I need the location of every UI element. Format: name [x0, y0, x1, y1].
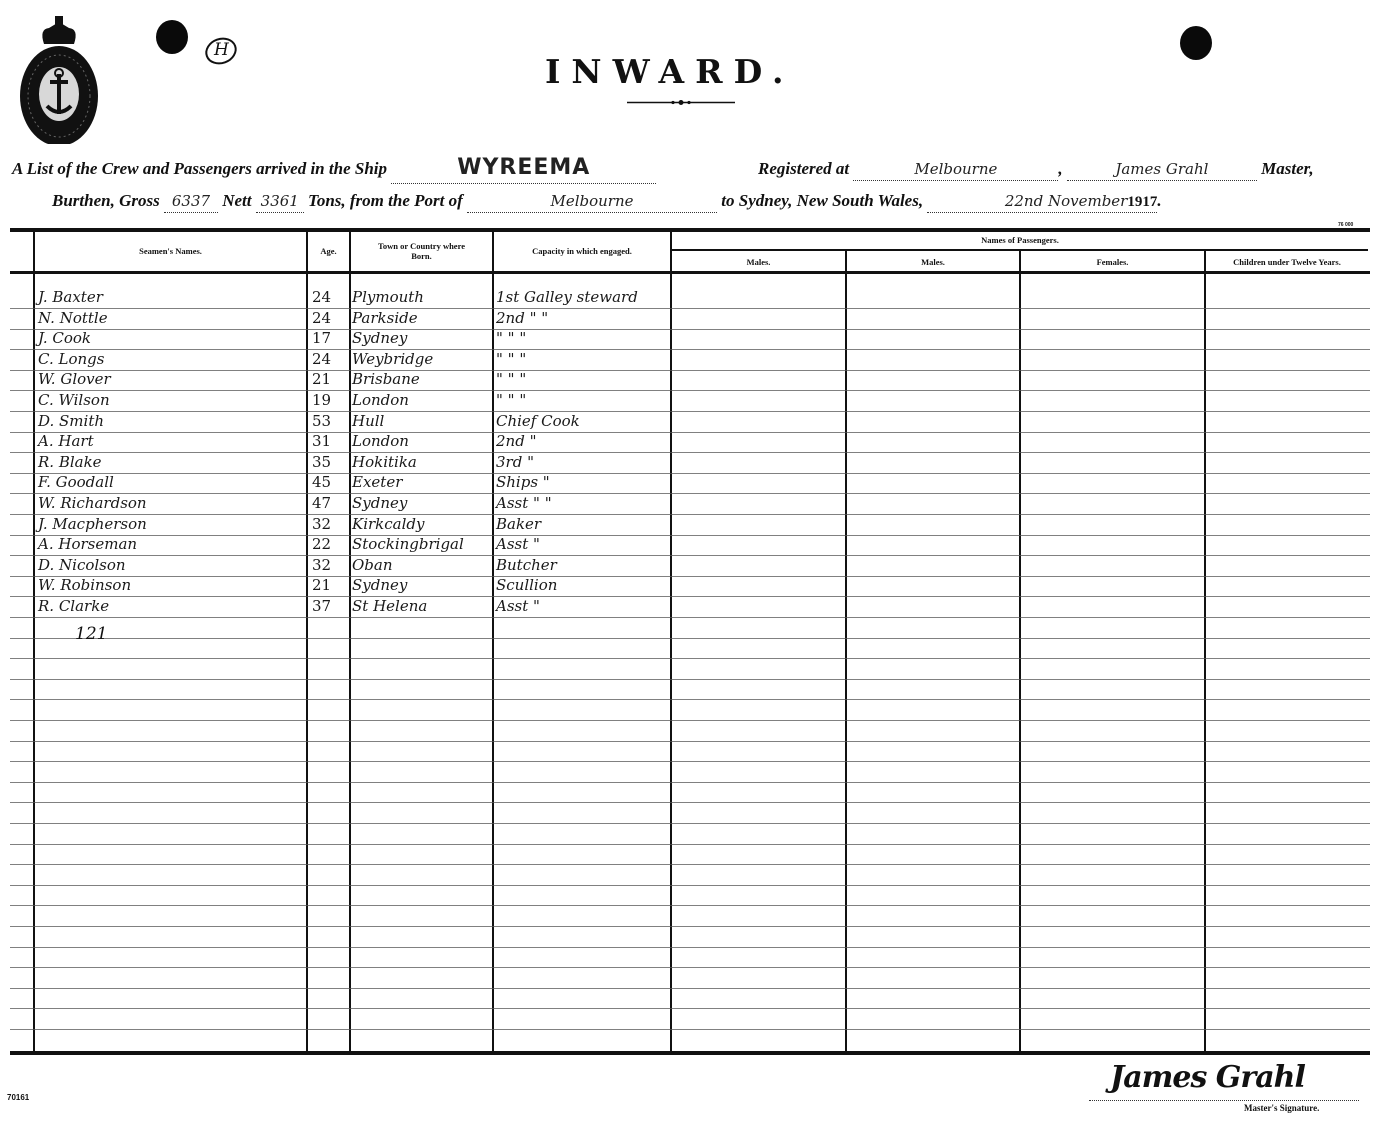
ruled-line [10, 638, 1370, 639]
signature-label: Master's Signature. [1244, 1103, 1319, 1113]
cell-name: J. Macpherson [38, 514, 147, 534]
cell-born: Plymouth [352, 287, 424, 307]
cell-capacity: Scullion [496, 575, 557, 595]
cell-capacity: 2nd " " [496, 308, 548, 328]
from-port-field: Melbourne [550, 192, 633, 210]
col-header-capacity: Capacity in which engaged. [494, 232, 670, 270]
ruled-line [10, 493, 1370, 494]
cell-born: Weybridge [352, 349, 433, 369]
cell-age: 24 [312, 308, 331, 328]
cell-capacity: 3rd " [496, 452, 534, 472]
cell-name: D. Nicolson [38, 555, 126, 575]
master-signature: James Grahl [1110, 1060, 1305, 1095]
ruled-line [10, 926, 1370, 927]
cell-capacity: Chief Cook [496, 411, 580, 431]
cell-born: Exeter [352, 472, 402, 492]
cell-born: Sydney [352, 493, 407, 513]
ruled-line [10, 782, 1370, 783]
cell-capacity: 1st Galley steward [496, 287, 638, 307]
nett-label: Nett [222, 191, 251, 210]
date-year: 1917 [1127, 194, 1157, 210]
ruled-line [10, 370, 1370, 371]
ruled-line [10, 390, 1370, 391]
cell-age: 17 [312, 328, 331, 348]
cell-born: Hokitika [352, 452, 417, 472]
ruled-line [10, 452, 1370, 453]
cell-name: J. Baxter [38, 287, 103, 307]
cell-born: London [352, 390, 409, 410]
signature-line [1089, 1099, 1359, 1101]
cell-name: W. Glover [38, 369, 111, 389]
cell-name: F. Goodall [38, 472, 114, 492]
title-ornament-rule [627, 100, 735, 105]
ruled-line [10, 802, 1370, 803]
ruled-line [10, 576, 1370, 577]
header-line-registered: Registered at Melbourne, James Grahl Mas… [758, 159, 1314, 181]
cell-capacity: " " " [496, 349, 526, 369]
cell-age: 35 [312, 452, 331, 472]
cell-age: 22 [312, 534, 331, 554]
ruled-line [10, 555, 1370, 556]
col-divider [1019, 251, 1021, 1053]
burthen-gross-label: Burthen, Gross [52, 191, 160, 210]
cell-capacity: " " " [496, 328, 526, 348]
col-divider [349, 230, 351, 1053]
col-header-males-2: Males. [847, 252, 1019, 271]
ruled-line [10, 823, 1370, 824]
cell-age: 32 [312, 555, 331, 575]
cell-name: C. Longs [38, 349, 104, 369]
tally-count: 121 [75, 624, 107, 644]
col-divider [306, 230, 308, 1053]
ruled-line [10, 679, 1370, 680]
ruled-line [10, 988, 1370, 989]
cell-born: Parkside [352, 308, 418, 328]
cell-age: 24 [312, 287, 331, 307]
ruled-line [10, 905, 1370, 906]
nett-tons-field: 3361 [261, 192, 299, 210]
cell-age: 37 [312, 596, 331, 616]
cell-name: R. Clarke [38, 596, 109, 616]
cell-capacity: Asst " [496, 534, 540, 554]
cell-born: Kirkcaldy [352, 514, 424, 534]
col-divider [1204, 251, 1206, 1053]
table-header-rule [10, 271, 1370, 274]
col-header-males-1: Males. [672, 252, 845, 271]
cell-age: 21 [312, 369, 331, 389]
cell-capacity: 2nd " [496, 431, 536, 451]
ruled-line [10, 947, 1370, 948]
gross-tons-field: 6337 [172, 192, 210, 210]
cell-born: Stockingbrigal [352, 534, 464, 554]
cell-name: R. Blake [38, 452, 102, 472]
punch-hole-left [156, 20, 188, 54]
cell-age: 32 [312, 514, 331, 534]
header-line-ship: A List of the Crew and Passengers arrive… [12, 157, 656, 184]
cell-name: A. Hart [38, 431, 94, 451]
ruled-line [10, 741, 1370, 742]
cell-born: Sydney [352, 328, 407, 348]
ruled-line [10, 329, 1370, 330]
cell-name: A. Horseman [38, 534, 137, 554]
page-title: INWARD. [545, 52, 795, 91]
ruled-line [10, 535, 1370, 536]
col-header-passengers: Names of Passengers. [672, 230, 1368, 249]
cell-age: 24 [312, 349, 331, 369]
ruled-line [10, 1008, 1370, 1009]
cell-born: London [352, 431, 409, 451]
ruled-line [10, 349, 1370, 350]
ruled-line [10, 596, 1370, 597]
cell-capacity: " " " [496, 390, 526, 410]
ship-label: A List of the Crew and Passengers arrive… [12, 159, 387, 178]
destination-label: to Sydney, New South Wales, [721, 191, 923, 210]
cell-name: J. Cook [38, 328, 91, 348]
col-divider [845, 251, 847, 1053]
ruled-line [10, 1029, 1370, 1030]
cell-age: 19 [312, 390, 331, 410]
col-header-born: Town or Country where Born. [351, 232, 492, 270]
table-bottom-rule [10, 1051, 1370, 1055]
cell-name: W. Robinson [38, 575, 131, 595]
cell-age: 31 [312, 431, 331, 451]
cell-name: D. Smith [38, 411, 104, 431]
ruled-line [10, 514, 1370, 515]
registered-port-field: Melbourne [914, 160, 997, 178]
col-header-females: Females. [1021, 252, 1204, 271]
punch-hole-right [1180, 26, 1212, 60]
col-header-children: Children under Twelve Years. [1206, 252, 1368, 271]
cell-name: N. Nottle [38, 308, 108, 328]
cell-name: W. Richardson [38, 493, 147, 513]
cell-born: Sydney [352, 575, 407, 595]
cell-capacity: " " " [496, 369, 526, 389]
cell-capacity: Asst " [496, 596, 540, 616]
master-label: Master, [1261, 159, 1313, 178]
cell-capacity: Butcher [496, 555, 557, 575]
ship-name-field: WYREEMA [391, 157, 656, 184]
form-number: 70161 [7, 1093, 29, 1102]
ruled-line [10, 967, 1370, 968]
ruled-line [10, 473, 1370, 474]
ruled-line [10, 411, 1370, 412]
ruled-line [10, 308, 1370, 309]
cell-name: C. Wilson [38, 390, 110, 410]
cell-born: Hull [352, 411, 384, 431]
registered-label: Registered at [758, 159, 849, 178]
ruled-line [10, 699, 1370, 700]
master-name-field: James Grahl [1115, 160, 1208, 178]
cell-age: 45 [312, 472, 331, 492]
tons-from-port-label: Tons, from the Port of [308, 191, 463, 210]
ruled-line [10, 617, 1370, 618]
col-header-seamen-names: Seamen's Names. [35, 232, 306, 270]
ruled-line [10, 864, 1370, 865]
ruled-line [10, 761, 1370, 762]
ruled-line [10, 720, 1370, 721]
crown-anchor-crest-icon [14, 14, 104, 144]
ruled-line [10, 658, 1370, 659]
cell-capacity: Ships " [496, 472, 550, 492]
ruled-line [10, 844, 1370, 845]
cell-born: Oban [352, 555, 393, 575]
date-field: 22nd November [1005, 192, 1128, 210]
cell-age: 21 [312, 575, 331, 595]
cell-born: St Helena [352, 596, 427, 616]
col-divider [33, 230, 35, 1053]
cell-capacity: Asst " " [496, 493, 552, 513]
col-divider [492, 230, 494, 1053]
circled-mark: H [203, 36, 239, 66]
ruled-line [10, 885, 1370, 886]
cell-born: Brisbane [352, 369, 420, 389]
cell-capacity: Baker [496, 514, 541, 534]
col-divider [670, 230, 672, 1053]
ruled-line [10, 432, 1370, 433]
header-line-burthen: Burthen, Gross 6337 Nett 3361 Tons, from… [52, 191, 1162, 213]
cell-age: 53 [312, 411, 331, 431]
col-header-age: Age. [308, 232, 349, 270]
cell-age: 47 [312, 493, 331, 513]
